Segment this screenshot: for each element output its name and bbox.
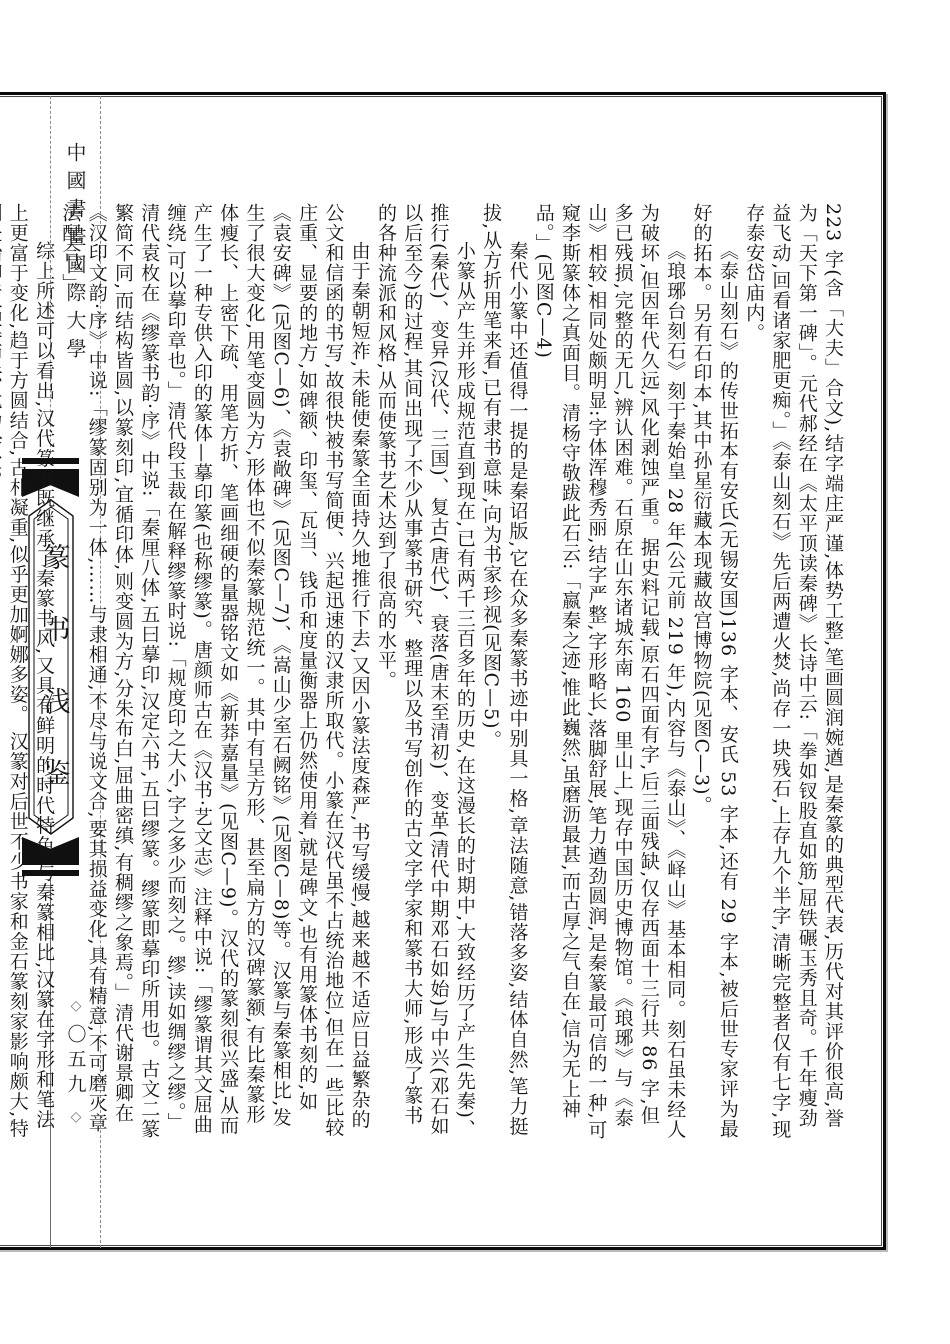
paragraph: 《泰山刻石》的传世拓本有安氏(无锡安国)136 字本、安氏 53 字本,还有 2… [688,203,741,1141]
paragraph: 《琅琊台刻石》刻于秦始皇 28 年(公元前 219 年),内容与《泰山》、《峄山… [530,203,688,1141]
article-body: 223 字(含「大夫」合文),结字端庄严谨,体势工整,笔画圆润婉遒,是秦篆的典型… [134,203,846,1141]
paragraph: 秦代小篆中还值得一提的是秦诏版,它在众多秦篆书迹中别具一格,章法随意,错落多姿,… [478,203,531,1141]
paragraph: 综上所述可以看出,汉代篆书既继承了秦篆书风,又具有鲜明的时代特色,与秦篆相比,汉… [0,203,57,1141]
paragraph: 223 字(含「大夫」合文),结字端庄严谨,体势工整,笔画圆润婉遒,是秦篆的典型… [741,203,846,1141]
paragraph: 由于秦朝短祚,未能使秦篆全面持久地推行下去,又因小篆法度森严,书写缓慢,越来越不… [57,203,373,1141]
paragraph: 小篆从产生并形成规范直到现在,已有两千三百多年的历史,在这漫长的时期中,大致经历… [373,203,478,1141]
